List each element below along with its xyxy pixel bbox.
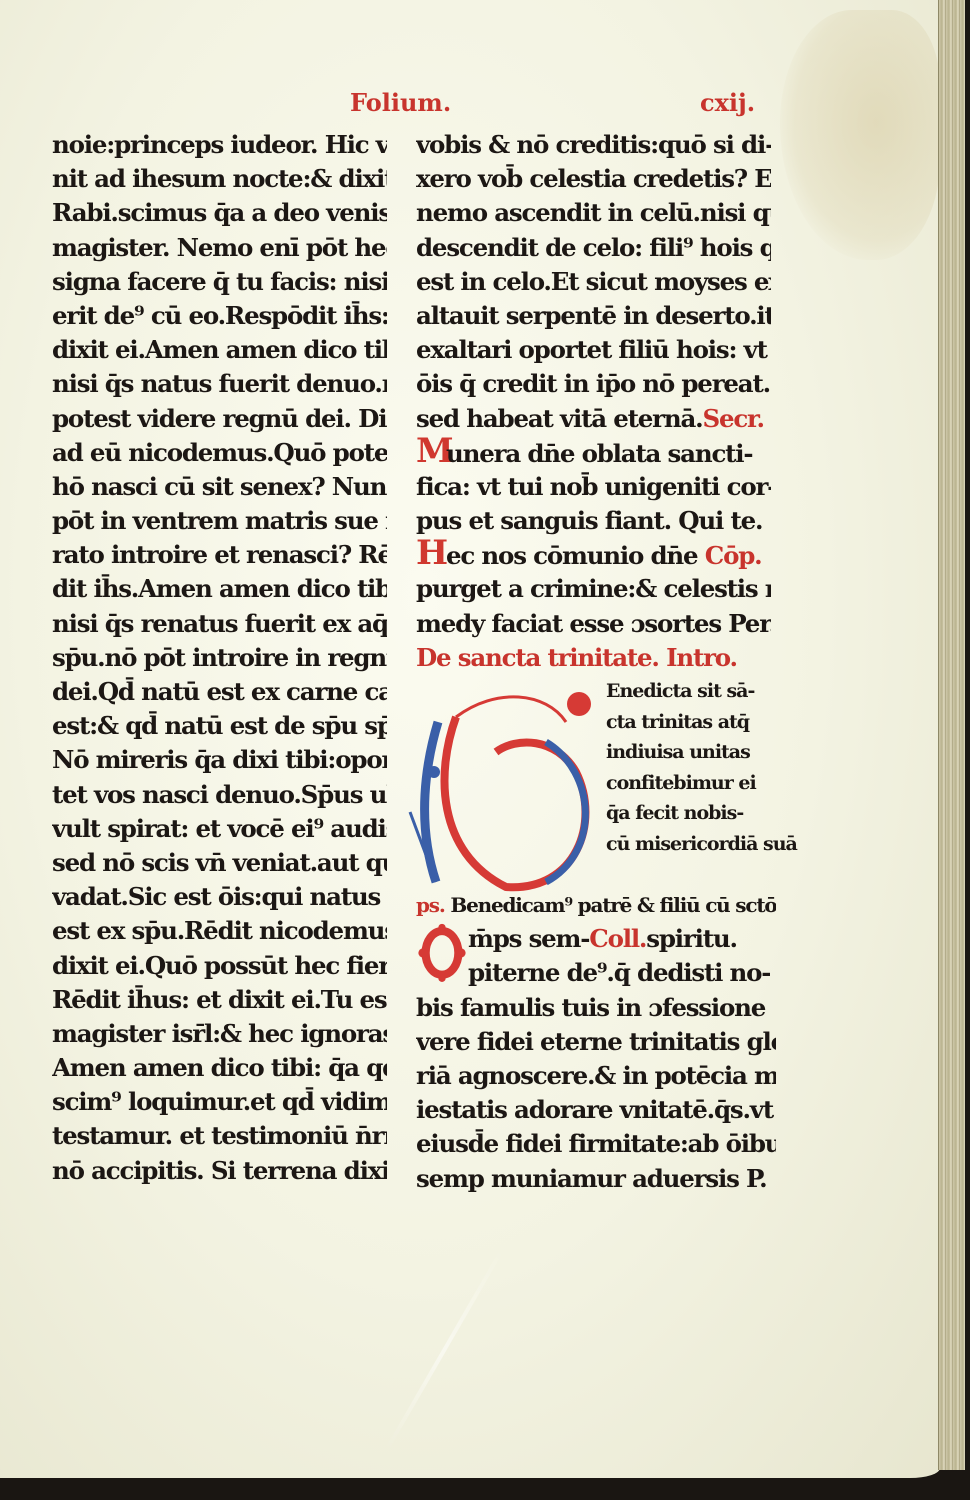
rubric-collect: Coll. [589, 924, 646, 953]
left-column: noie:princeps iudeor. Hic ve- nit ad ihe… [52, 128, 387, 1188]
page-edges [938, 0, 965, 1470]
text-line: est ex sp̄u.Rēdit nicodemus:& [52, 914, 387, 948]
text-line: vobis & nō creditis:quō si di- [416, 128, 771, 162]
text-line: cta trinitas atq̄ [606, 707, 776, 738]
communio-first-line: Hec nos cōmunio dn̄e Cōp. [416, 538, 771, 572]
text-line: dit ih̄s.Amen amen dico tibi: [52, 572, 387, 606]
text-line: nemo ascendit in celū.nisi qui [416, 196, 771, 230]
text-line: testamur. et testimoniū n̄rm [52, 1119, 387, 1153]
text-line: vadat.Sic est ōis:qui natus [52, 880, 387, 914]
text-line: bis famulis tuis in ɔfessione [416, 991, 776, 1025]
rubric-complenda: Cōp. [705, 541, 762, 570]
red-initial-o-icon [416, 922, 468, 982]
text-segment: m̄ps sem- [468, 924, 589, 953]
text-line: vult spirat: et vocē ei⁹ audis. [52, 812, 387, 846]
text-line: scim⁹ loquimur.et qd̄ vidim⁹ [52, 1085, 387, 1119]
text-line: Rēdit ih̄us: et dixit ei.Tu es [52, 983, 387, 1017]
text-segment: Benedicam⁹ patrē & filiū cū sctō [450, 893, 776, 917]
collect-opening: m̄ps sem-Coll.spiritu. piterne de⁹.q̄ de… [416, 922, 776, 990]
text-line: riā agnoscere.& in potēcia ma [416, 1059, 776, 1093]
text-line: descendit de celo: fili⁹ hois qui [416, 231, 771, 265]
page-crease [385, 1249, 503, 1450]
text-line: piterne de⁹.q̄ dedisti no- [468, 956, 770, 990]
text-line: Amen amen dico tibi: q̄a qd̄ [52, 1051, 387, 1085]
right-column: vobis & nō creditis:quō si di- xero vo… [416, 128, 771, 675]
text-line: Rabi.scimus q̄a a deo venisti [52, 196, 387, 230]
text-line: noie:princeps iudeor. Hic ve- [52, 128, 387, 162]
water-stain [780, 10, 940, 260]
text-line: indiuisa unitas [606, 737, 776, 768]
text-line: sed nō scis vn̄ veniat.aut quo [52, 846, 387, 880]
text-line: tet vos nasci denuo.Sp̄us ubi [52, 778, 387, 812]
text-line: Enedicta sit sā- [606, 676, 776, 707]
running-title: Folium. [350, 88, 451, 117]
decorated-initial-b-icon [396, 682, 606, 897]
text-line: signa facere q̄ tu facis: nisi fu- [52, 265, 387, 299]
text-line: iestatis adorare vnitatē.q̄s.vt [416, 1093, 776, 1127]
text-line: q̄a fecit nobis- [606, 798, 776, 829]
text-segment: spiritu. [646, 924, 737, 953]
text-line: dixit ei.Quō possūt hec fieri? [52, 949, 387, 983]
text-line: pōt in ventrem matris sue ite- [52, 504, 387, 538]
text-line: est:& qd̄ natū est de sp̄u sp̄us ē. [52, 709, 387, 743]
psalm-line: ps. Benedicam⁹ patrē & filiū cū sctō [416, 888, 776, 922]
page-header: Folium. cxij. [0, 88, 940, 124]
text-line: fica: vt tui nob̄ unigeniti cor- [416, 470, 771, 504]
text-line: xero vob̄ celestia credetis? Et [416, 162, 771, 196]
text-line: ad eū nicodemus.Quō potest [52, 436, 387, 470]
text-line: sed habeat vitā eternā.Secr. [416, 402, 771, 436]
red-initial-h: H [416, 538, 446, 568]
introit-text: Enedicta sit sā- cta trinitas atq̄ indi… [606, 676, 776, 859]
psalm-and-collect: ps. Benedicam⁹ patrē & filiū cū sctō… [416, 888, 776, 1196]
text-line: pus et sanguis fiant. Qui te. [416, 504, 771, 538]
text-line: dixit ei.Amen amen dico tibi: [52, 333, 387, 367]
text-line: nō accipitis. Si terrena dixi [52, 1154, 387, 1188]
text-line: vere fidei eterne trinitatis glo [416, 1025, 776, 1059]
text-line: semp muniamur aduersis P. [416, 1162, 776, 1196]
text-line: hō nasci cū sit senex? Nunq̄d [52, 470, 387, 504]
text-line: potest videre regnū dei. Dicit [52, 402, 387, 436]
text-line: exaltari oportet filiū hois: vt [416, 333, 771, 367]
text-line: cū misericordiā suā [606, 829, 776, 860]
folio-number: cxij. [700, 88, 755, 117]
text-line: eiusd̄e fidei firmitate:ab ōibus [416, 1127, 776, 1161]
text-line: nisi q̄s renatus fuerit ex aq̄ et [52, 607, 387, 641]
text-line: Nō mireris q̄a dixi tibi:opor- [52, 743, 387, 777]
background-shadow [0, 1478, 970, 1500]
text-line: m̄ps sem-Coll.spiritu. [468, 922, 770, 956]
text-line: magister. Nemo enī pōt hec [52, 231, 387, 265]
text-line: altauit serpentē in deserto.ita [416, 299, 771, 333]
text-line: dei.Qd̄ natū est ex carne caro [52, 675, 387, 709]
text-line: rato introire et renasci? Rē- [52, 538, 387, 572]
text-line: sp̄u.nō pōt introire in regnū [52, 641, 387, 675]
text-line: magister isr̄l:& hec ignoras [52, 1017, 387, 1051]
rubric-secreta: Secr. [702, 404, 763, 433]
secreta-first-line: Munera dn̄e oblata sancti- [416, 436, 771, 470]
text-line: est in celo.Et sicut moyses ex- [416, 265, 771, 299]
text-line: ōis q̄ credit in ip̄o nō pereat. [416, 367, 771, 401]
text-line: nisi q̄s natus fuerit denuo.nō [52, 367, 387, 401]
text-segment: sed habeat vitā eternā. [416, 404, 702, 433]
section-heading: De sancta trinitate. Intro. [416, 641, 771, 675]
text-line: confitebimur ei [606, 768, 776, 799]
text-line: purget a crimine:& celestis re- [416, 572, 771, 606]
book-page: Folium. cxij. noie:princeps iudeor. Hic … [0, 0, 940, 1478]
red-initial-m: M [416, 436, 446, 466]
text-line: erit de⁹ cū eo.Respōdit ih̄s: et [52, 299, 387, 333]
text-line: nit ad ihesum nocte:& dixit ei. [52, 162, 387, 196]
collect-first-lines: m̄ps sem-Coll.spiritu. piterne de⁹.q̄ de… [468, 922, 770, 990]
rubric-psalm: ps. [416, 893, 445, 917]
text-segment: unera dn̄e oblata sancti- [446, 439, 752, 468]
text-line: medy faciat esse ɔsortes Per. [416, 607, 771, 641]
text-segment: ec nos cōmunio dn̄e [446, 541, 697, 570]
